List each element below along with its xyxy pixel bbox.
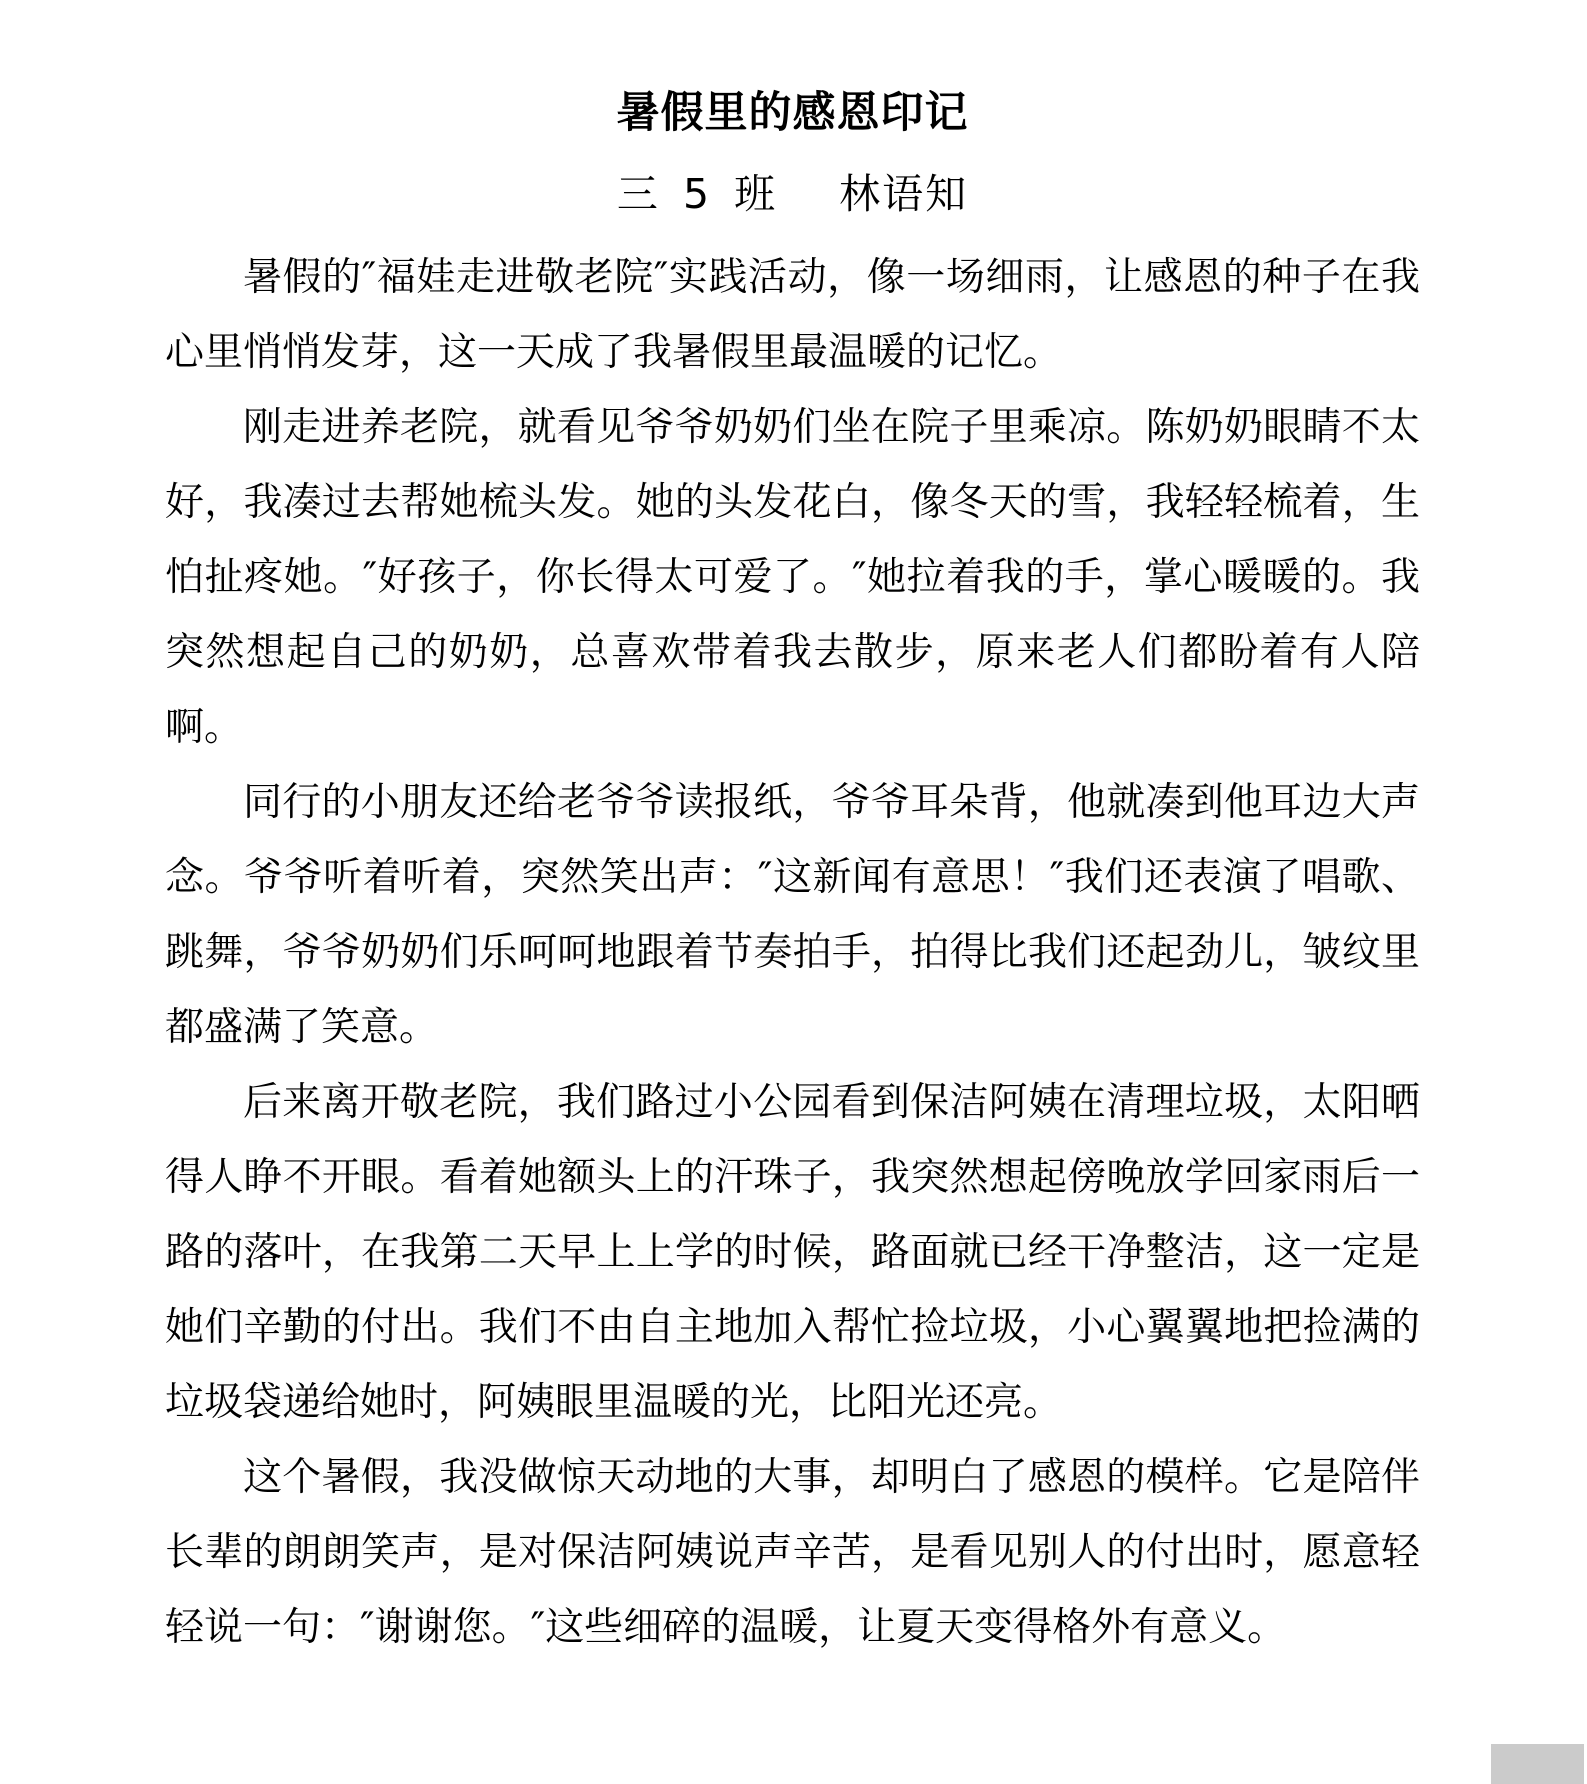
essay-title: 暑假里的感恩印记: [165, 86, 1420, 140]
essay-paragraph: 暑假的″福娃走进敬老院″实践活动，像一场细雨，让感恩的种子在我心里悄悄发芽，这一…: [165, 240, 1420, 390]
byline: 三 5 班林语知: [165, 170, 1420, 218]
byline-author: 林语知: [839, 170, 968, 218]
byline-class: 三 5 班: [617, 170, 781, 218]
scrollbar-thumb-fragment[interactable]: [1491, 1744, 1584, 1784]
document-content: 暑假里的感恩印记 三 5 班林语知 暑假的″福娃走进敬老院″实践活动，像一场细雨…: [165, 86, 1420, 1665]
essay-body: 暑假的″福娃走进敬老院″实践活动，像一场细雨，让感恩的种子在我心里悄悄发芽，这一…: [165, 240, 1420, 1665]
essay-paragraph: 同行的小朋友还给老爷爷读报纸，爷爷耳朵背，他就凑到他耳边大声念。爷爷听着听着，突…: [165, 765, 1420, 1065]
document-page: 暑假里的感恩印记 三 5 班林语知 暑假的″福娃走进敬老院″实践活动，像一场细雨…: [0, 0, 1587, 1784]
essay-paragraph: 后来离开敬老院，我们路过小公园看到保洁阿姨在清理垃圾，太阳晒得人睁不开眼。看着她…: [165, 1065, 1420, 1440]
essay-paragraph: 刚走进养老院，就看见爷爷奶奶们坐在院子里乘凉。陈奶奶眼睛不太好，我凑过去帮她梳头…: [165, 390, 1420, 765]
essay-paragraph: 这个暑假，我没做惊天动地的大事，却明白了感恩的模样。它是陪伴长辈的朗朗笑声，是对…: [165, 1440, 1420, 1665]
